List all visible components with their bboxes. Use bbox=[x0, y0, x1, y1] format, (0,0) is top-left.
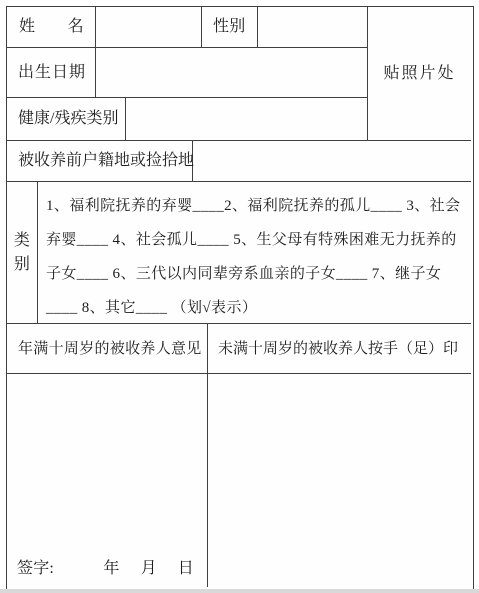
adoption-form-table: 姓 名 性别 贴照片处 出生日期 健康/残疾类别 被收养前户籍地或捡拾地 类别 … bbox=[6, 6, 474, 590]
residence-label: 被收养前户籍地或捡拾地 bbox=[7, 141, 193, 182]
category-label-text: 类别 bbox=[13, 229, 31, 277]
name-field[interactable] bbox=[96, 7, 202, 48]
signature-label[interactable]: 签字: bbox=[17, 559, 54, 578]
month-label: 月 bbox=[141, 559, 157, 578]
handprint-header-text: 未满十周岁的被收养人按手（足）印 bbox=[218, 340, 458, 358]
handprint-body-area[interactable] bbox=[208, 374, 471, 587]
category-options-text: 1、福利院抚养的弃婴____2、福利院抚养的孤儿____ 3、社会弃婴____ … bbox=[38, 182, 471, 325]
year-label: 年 bbox=[103, 559, 119, 578]
opinion-body-area[interactable]: 签字: 年 月 日 bbox=[7, 374, 208, 587]
dob-field[interactable] bbox=[96, 48, 368, 98]
opinion-header: 年满十周岁的被收养人意见 bbox=[7, 324, 208, 374]
scan-edge-artifact bbox=[0, 589, 479, 593]
name-label: 姓 名 bbox=[7, 7, 96, 48]
gender-label-text: 性别 bbox=[213, 17, 245, 36]
residence-field[interactable] bbox=[193, 141, 471, 182]
handprint-header: 未满十周岁的被收养人按手（足）印 bbox=[208, 324, 471, 374]
category-label: 类别 bbox=[7, 182, 38, 324]
opinion-header-text: 年满十周岁的被收养人意见 bbox=[18, 340, 202, 358]
health-label-text: 健康/残疾类别 bbox=[18, 109, 118, 128]
dob-label: 出生日期 bbox=[7, 48, 96, 98]
residence-label-text: 被收养前户籍地或捡拾地 bbox=[18, 151, 194, 170]
gender-field[interactable] bbox=[258, 7, 368, 48]
day-label: 日 bbox=[178, 559, 194, 578]
health-category-label: 健康/残疾类别 bbox=[7, 98, 126, 141]
dob-label-text: 出生日期 bbox=[18, 63, 86, 82]
photo-attach-area[interactable]: 贴照片处 bbox=[368, 7, 471, 141]
name-label-text: 姓 名 bbox=[19, 17, 84, 36]
health-category-field[interactable] bbox=[126, 98, 368, 141]
category-options-area[interactable]: 1、福利院抚养的弃婴____2、福利院抚养的孤儿____ 3、社会弃婴____ … bbox=[38, 182, 471, 324]
gender-label: 性别 bbox=[202, 7, 258, 48]
photo-area-label: 贴照片处 bbox=[383, 64, 455, 83]
signature-line: 签字: 年 月 日 bbox=[7, 559, 207, 587]
